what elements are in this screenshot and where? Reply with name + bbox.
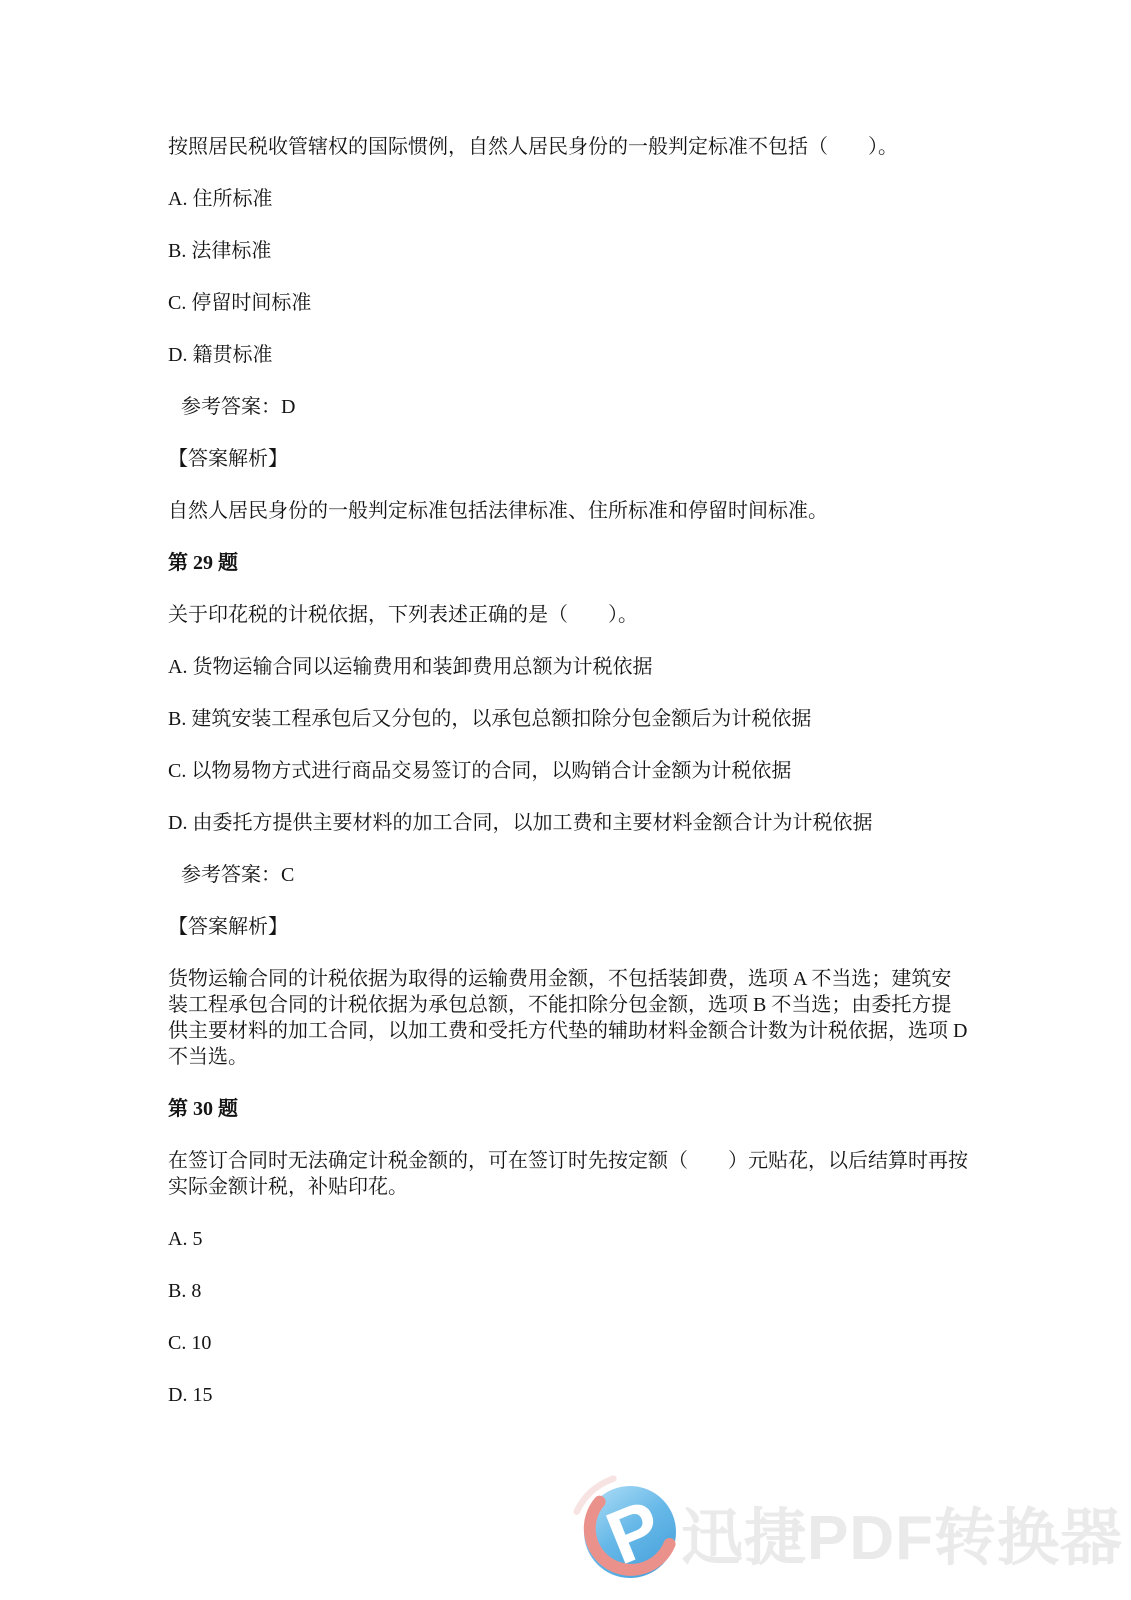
- reference-answer: 参考答案：C: [168, 862, 968, 888]
- watermark-text: 迅捷PDF转换器: [681, 1488, 1123, 1577]
- pdf-converter-logo-icon: P: [584, 1486, 676, 1578]
- option-b: B. 建筑安装工程承包后又分包的，以承包总额扣除分包金额后为计税依据: [168, 706, 968, 732]
- question-number: 第 30 题: [168, 1096, 968, 1122]
- question-block-29: 第 29 题 关于印花税的计税依据，下列表述正确的是（ ）。 A. 货物运输合同…: [168, 550, 968, 1070]
- analysis-header: 【答案解析】: [168, 914, 968, 940]
- question-stem: 按照居民税收管辖权的国际惯例，自然人居民身份的一般判定标准不包括（ ）。: [168, 134, 968, 160]
- page: { "page": { "background": "#ffffff", "te…: [0, 0, 1131, 1600]
- question-block-30: 第 30 题 在签订合同时无法确定计税金额的，可在签订时先按定额（ ）元贴花，以…: [168, 1096, 968, 1408]
- option-c: C. 停留时间标准: [168, 290, 968, 316]
- option-c: C. 以物易物方式进行商品交易签订的合同，以购销合计金额为计税依据: [168, 758, 968, 784]
- option-d: D. 籍贯标准: [168, 342, 968, 368]
- question-stem: 关于印花税的计税依据，下列表述正确的是（ ）。: [168, 602, 968, 628]
- option-a: A. 住所标准: [168, 186, 968, 212]
- option-a: A. 货物运输合同以运输费用和装卸费用总额为计税依据: [168, 654, 968, 680]
- document-content: 按照居民税收管辖权的国际惯例，自然人居民身份的一般判定标准不包括（ ）。 A. …: [168, 134, 968, 1434]
- analysis-text: 货物运输合同的计税依据为取得的运输费用金额，不包括装卸费，选项 A 不当选；建筑…: [168, 966, 968, 1070]
- option-d: D. 15: [168, 1382, 968, 1408]
- analysis-header: 【答案解析】: [168, 446, 968, 472]
- watermark: P 迅捷PDF转换器: [584, 1483, 1123, 1581]
- option-a: A. 5: [168, 1226, 968, 1252]
- option-b: B. 法律标准: [168, 238, 968, 264]
- option-c: C. 10: [168, 1330, 968, 1356]
- question-number: 第 29 题: [168, 550, 968, 576]
- option-d: D. 由委托方提供主要材料的加工合同，以加工费和主要材料金额合计为计税依据: [168, 810, 968, 836]
- question-stem: 在签订合同时无法确定计税金额的，可在签订时先按定额（ ）元贴花，以后结算时再按实…: [168, 1148, 968, 1200]
- question-block-28: 按照居民税收管辖权的国际惯例，自然人居民身份的一般判定标准不包括（ ）。 A. …: [168, 134, 968, 524]
- reference-answer: 参考答案：D: [168, 394, 968, 420]
- analysis-text: 自然人居民身份的一般判定标准包括法律标准、住所标准和停留时间标准。: [168, 498, 968, 524]
- option-b: B. 8: [168, 1278, 968, 1304]
